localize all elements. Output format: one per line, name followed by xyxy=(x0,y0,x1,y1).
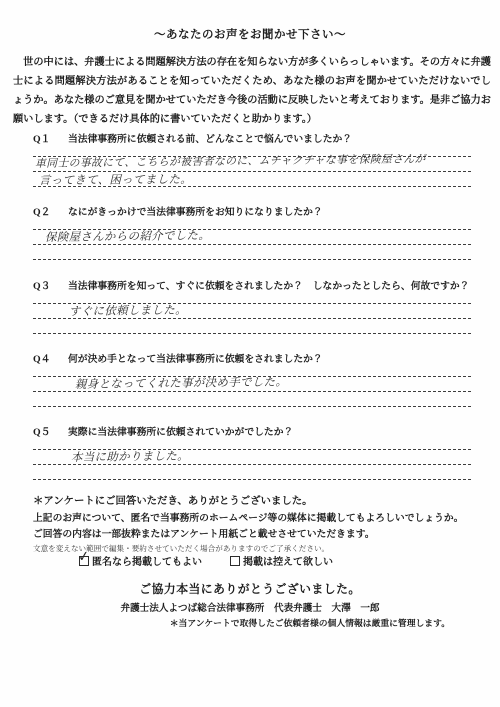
handwritten-answer: 言ってきて、困ってました。 xyxy=(39,171,192,188)
question-number: Q２ xyxy=(33,206,68,220)
checkbox-decline-unchecked[interactable] xyxy=(230,556,240,566)
question-row: Q１ 当法律事務所に依頼される前、どんなことで悩んでいましたか？ xyxy=(33,133,473,147)
thanks-note: ＊アンケートにご回答いただき、ありがとうございました。 xyxy=(33,492,313,507)
consent-option-decline[interactable]: 掲載は控えて欲しい xyxy=(230,553,333,568)
question-block-5: Q５ 実際に当法律事務所に依頼されていかがでしたか？ 本当に助かりました。 xyxy=(33,426,473,497)
answer-line xyxy=(33,406,471,407)
handwritten-answer: 本当に助かりました。 xyxy=(71,448,189,465)
question-row: Q３ 当法律事務所を知って、すぐに依頼をされましたか？ しなかったとしたら、何故… xyxy=(33,280,473,294)
closing-thanks: ご協力本当にありがとうございました。 xyxy=(0,580,500,597)
question-row: Q２ なにがきっかけで当法律事務所をお知りになりましたか？ xyxy=(33,206,473,220)
privacy-note: ＊当アンケートで取得したご依頼者様の個人情報は厳重に管理します。 xyxy=(100,616,450,629)
question-row: Q４ 何が決め手となって当法律事務所に依頼をされましたか？ xyxy=(33,353,473,367)
answer-area: 保険屋さんからの紹介でした。 xyxy=(33,229,473,277)
answer-line xyxy=(33,479,471,480)
handwritten-answer: すぐに依頼しました。 xyxy=(69,302,187,319)
question-text: なにがきっかけで当法律事務所をお知りになりましたか？ xyxy=(68,206,323,220)
question-row: Q５ 実際に当法律事務所に依頼されていかがでしたか？ xyxy=(33,426,473,440)
question-number: Q４ xyxy=(33,353,68,367)
permission-note-line1: 上記のお声について、匿名で当事務所のホームページ等の媒体に掲載してもよろしいでし… xyxy=(33,510,463,524)
consent-option-anonymous-ok[interactable]: ✓ 匿名なら掲載してもよい xyxy=(79,553,202,568)
intro-paragraph: 世の中には、弁護士による問題解決方法の存在を知らない方が多くいらっしゃいます。そ… xyxy=(13,53,491,129)
question-text: 当法律事務所に依頼される前、どんなことで悩んでいましたか？ xyxy=(68,133,352,147)
question-block-4: Q４ 何が決め手となって当法律事務所に依頼をされましたか？ 親身となってくれた事… xyxy=(33,353,473,424)
question-text: 何が決め手となって当法律事務所に依頼をされましたか？ xyxy=(68,353,323,367)
permission-note-line2: ご回答の内容は一部抜粋またはアンケート用紙ごと載せさせていただきます。 xyxy=(33,526,375,540)
answer-line xyxy=(33,333,471,334)
handwritten-answer: 保険屋さんからの紹介でした。 xyxy=(45,227,210,245)
handwritten-checkmark-icon: ✓ xyxy=(77,549,91,564)
question-text: 当法律事務所を知って、すぐに依頼をされましたか？ しなかったとしたら、何故ですか… xyxy=(68,280,469,294)
answer-area: 車同士の事故にて、こちらが被害者なのに、ムチャクチャな事を保険屋さんが 言ってき… xyxy=(33,156,473,204)
question-block-1: Q１ 当法律事務所に依頼される前、どんなことで悩んでいましたか？ 車同士の事故に… xyxy=(33,133,473,204)
questionnaire-page: ～あなたのお声をお聞かせ下さい～ 世の中には、弁護士による問題解決方法の存在を知… xyxy=(0,0,500,707)
consent-option-decline-label: 掲載は控えて欲しい xyxy=(243,553,333,568)
question-block-2: Q２ なにがきっかけで当法律事務所をお知りになりましたか？ 保険屋さんからの紹介… xyxy=(33,206,473,277)
answer-area: 親身となってくれた事が決め手でした。 xyxy=(33,376,473,424)
handwritten-answer: 親身となってくれた事が決め手でした。 xyxy=(75,373,287,392)
question-text: 実際に当法律事務所に依頼されていかがでしたか？ xyxy=(68,426,293,440)
question-block-3: Q３ 当法律事務所を知って、すぐに依頼をされましたか？ しなかったとしたら、何故… xyxy=(33,280,473,351)
answer-area: 本当に助かりました。 xyxy=(33,449,473,497)
question-number: Q３ xyxy=(33,280,68,294)
law-office-signature: 弁護士法人よつば総合法律事務所 代表弁護士 大澤 一郎 xyxy=(0,600,500,614)
answer-line xyxy=(33,259,471,260)
page-title: ～あなたのお声をお聞かせ下さい～ xyxy=(0,26,500,42)
checkbox-anonymous-ok-checked[interactable]: ✓ xyxy=(79,556,89,566)
question-number: Q５ xyxy=(33,426,68,440)
handwritten-answer: 車同士の事故にて、こちらが被害者なのに、ムチャクチャな事を保険屋さんが xyxy=(35,151,426,171)
consent-option-anonymous-ok-label: 匿名なら掲載してもよい xyxy=(92,553,202,568)
answer-area: すぐに依頼しました。 xyxy=(33,303,473,351)
publication-consent-options: ✓ 匿名なら掲載してもよい 掲載は控えて欲しい xyxy=(79,553,333,568)
question-number: Q１ xyxy=(33,133,68,147)
